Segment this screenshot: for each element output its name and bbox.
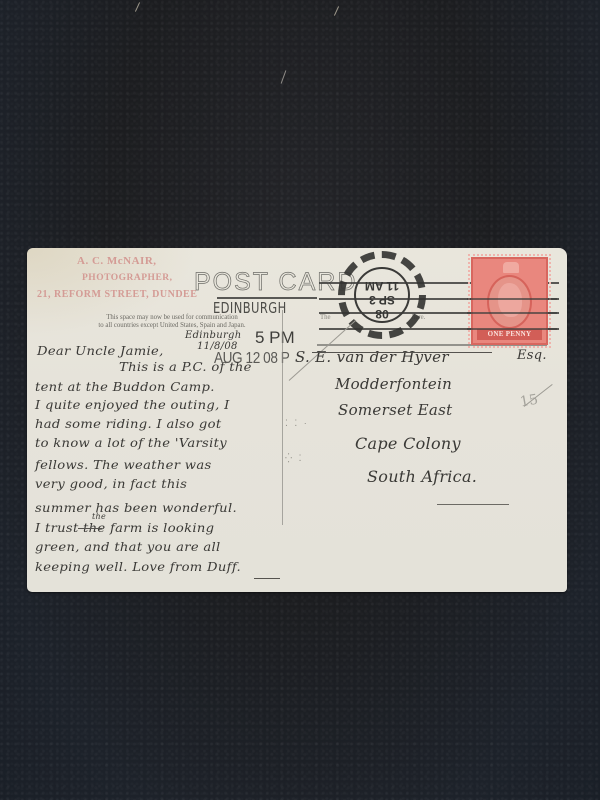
address-honorific: Esq.: [517, 348, 547, 363]
message-line: fellows. The weather was: [35, 457, 212, 472]
publisher-name: A. C. McNAIR,: [77, 255, 157, 267]
message-line: had some riding. I also got: [35, 416, 221, 431]
message-address-divider: [282, 310, 283, 525]
notice-line-2: to all countries except United States, S…: [72, 322, 272, 330]
message-line: I quite enjoyed the outing, I: [35, 397, 230, 412]
message-line: summer has been wonderful.: [35, 500, 237, 515]
address-underline: [437, 504, 509, 505]
postmark-date: SP 3: [354, 293, 410, 307]
message-line: This is a P.C. of the: [119, 359, 252, 374]
postcard: A. C. McNAIR, PHOTOGRAPHER, 21, REFORM S…: [27, 248, 567, 592]
address-strikethrough: [312, 352, 492, 353]
address-line-country: South Africa.: [367, 467, 477, 486]
message-line: very good, in fact this: [35, 476, 187, 491]
message-line: to know a lot of the 'Varsity: [35, 435, 227, 450]
postmark-year: 08: [354, 307, 410, 321]
signature-underline: [254, 578, 280, 579]
address-line-town: Somerset East: [338, 401, 452, 419]
address-line-farm: Modderfontein: [335, 375, 452, 393]
faint-offset-marks: ⁛ ⁚: [285, 453, 304, 464]
strikethrough: [78, 528, 102, 529]
address-line-name: S. E. van der Hyver: [295, 348, 449, 366]
message-line: I trust the farm is looking: [35, 520, 214, 535]
postmark-time: 11 AM: [354, 279, 410, 293]
postmark-date-text: 08 SP 3 11 AM: [354, 279, 410, 321]
stamp-value-label: ONE PENNY: [477, 329, 542, 340]
postage-stamp: ONE PENNY: [471, 257, 548, 345]
message-date: 11/8/08: [197, 341, 238, 352]
stamp-cancel-line: [467, 328, 557, 330]
stamp-cancel-line: [467, 312, 557, 314]
message-line: green, and that you are all: [35, 539, 221, 554]
message-place: Edinburgh: [185, 330, 242, 341]
stamp-cancel-line: [467, 298, 557, 300]
publisher-address: 21, REFORM STREET, DUNDEE: [37, 289, 197, 300]
message-line: keeping well. Love from Duff.: [35, 559, 241, 574]
publisher-role: PHOTOGRAPHER,: [82, 273, 173, 283]
message-line: Dear Uncle Jamie,: [37, 343, 164, 358]
address-line-colony: Cape Colony: [355, 434, 461, 453]
address-notice-start: The: [320, 314, 331, 321]
crown-icon: [503, 262, 519, 273]
faint-offset-marks: ⁚ ⁚ ·: [285, 418, 309, 429]
machine-cancel-town: EDINBURGH: [213, 299, 287, 317]
message-line: tent at the Buddon Camp.: [35, 379, 215, 394]
machine-cancel-time: 5 PM: [255, 328, 295, 348]
